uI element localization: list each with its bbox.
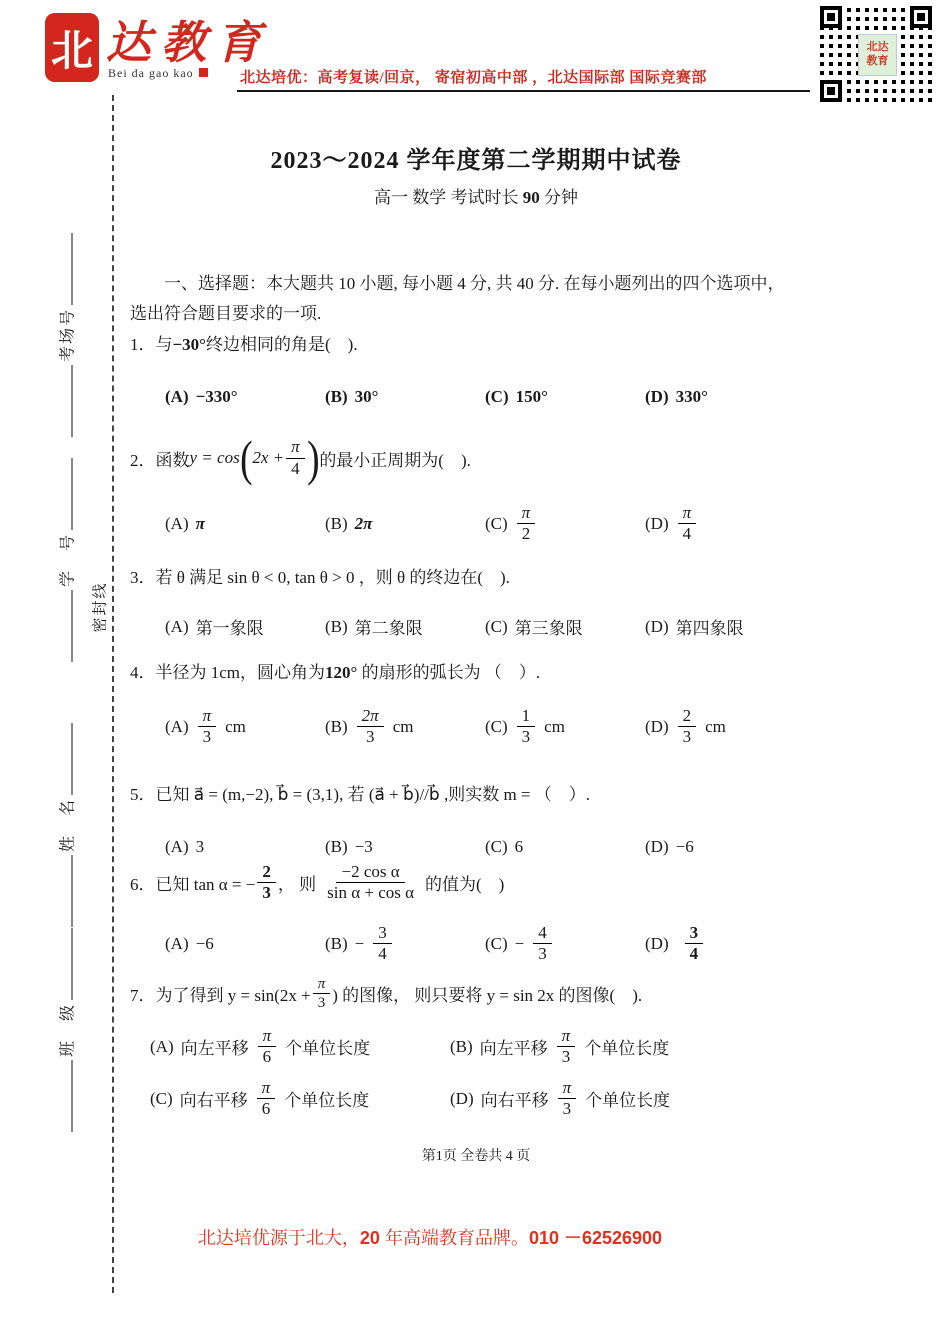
page-number: 第1页 全卷共 4 页 (130, 1145, 822, 1165)
q1-post: 终边相同的角是( ). (206, 335, 358, 354)
opt-text: 2π (355, 514, 373, 534)
blank-line (55, 928, 73, 1000)
opt-label: (A) (165, 514, 189, 534)
two-thirds-fraction: 23 (257, 862, 276, 904)
frac-num: π (198, 706, 217, 727)
option-7b: (B)向左平移π3个单位长度 (450, 1026, 750, 1068)
q1-angle: −30° (173, 335, 207, 354)
qr-label-line2: 教育 (867, 55, 889, 69)
subtitle-duration: 90 (523, 188, 540, 207)
opt-sign: − (355, 934, 365, 954)
option-5b: (B)−3 (325, 837, 485, 857)
question-6-options: (A)−6 (B)−34 (C)−43 (D)34 (130, 923, 822, 965)
option-2c: (C)π2 (485, 503, 645, 545)
opt-label: (B) (325, 387, 348, 407)
option-3a: (A)第一象限 (165, 614, 325, 639)
margin-field-class: 班 级 (55, 925, 78, 1135)
opt-label: (D) (645, 837, 669, 857)
frac-den: 3 (361, 727, 380, 747)
opt-text: 第二象限 (355, 614, 423, 639)
q7-pre: 7．为了得到 y = sin(2x + (130, 981, 311, 1006)
frac-num: π (257, 1078, 276, 1099)
opt-label: (C) (485, 387, 509, 407)
opt-text: 330° (676, 387, 708, 407)
option-6b: (B)−34 (325, 923, 485, 965)
opt-post: 个单位长度 (584, 1034, 669, 1059)
opt-pre: 向右平移 (481, 1086, 549, 1111)
frac-num: 2π (357, 706, 384, 727)
option-7c: (C)向右平移π6个单位长度 (150, 1078, 450, 1120)
opt-unit: cm (225, 717, 246, 737)
question-4-stem: 4．半径为 1cm，圆心角为120° 的扇形的弧长为 （ ）. (130, 661, 822, 686)
exam-paper-page: 北 达教育 Bei da gao kao 北达培优：高考复读/回京， 寄宿初高中… (0, 0, 945, 1323)
opt-unit: cm (393, 717, 414, 737)
opt-label: (B) (325, 837, 348, 857)
frac-den: 3 (517, 727, 536, 747)
opt-text: 第一象限 (196, 614, 264, 639)
option-6d: (D)34 (645, 923, 805, 965)
fraction: 43 (533, 923, 552, 965)
student-no-label: 学 号 (60, 533, 77, 587)
opt-unit: cm (705, 717, 726, 737)
q1-pre: 1．与 (130, 335, 173, 354)
blank-line (55, 1060, 73, 1132)
question-7-stem: 7．为了得到 y = sin(2x + π3 ) 的图像， 则只要将 y = s… (130, 975, 822, 1012)
opt-text: 150° (516, 387, 548, 407)
promo-mid: 年高端教育品牌。 (380, 1228, 529, 1248)
opt-text: −3 (355, 837, 373, 857)
opt-text: −6 (676, 837, 694, 857)
promo-pre: 北达培优源于北大， (198, 1228, 360, 1248)
frac-den: 4 (286, 459, 305, 479)
opt-label: (D) (645, 617, 669, 637)
opt-label: (B) (450, 1037, 473, 1057)
opt-label: (B) (325, 934, 348, 954)
question-7-options-row-2: (C)向右平移π6个单位长度 (D)向右平移π3个单位长度 (130, 1078, 822, 1120)
opt-post: 个单位长度 (285, 1034, 370, 1059)
q6-mid: ， 则 (278, 870, 316, 895)
opt-pre: 向左平移 (181, 1034, 249, 1059)
section-intro-line-1: 一、选择题：本大题共 10 小题, 每小题 4 分, 共 40 分. 在每小题列… (130, 269, 856, 294)
question-7-options-row-1: (A)向左平移π6个单位长度 (B)向左平移π3个单位长度 (130, 1026, 822, 1068)
expression-fraction: −2 cos αsin α + cos α (322, 862, 419, 904)
q6-pre: 6．已知 tan α = − (130, 870, 255, 895)
question-3-options: (A)第一象限 (B)第二象限 (C)第三象限 (D)第四象限 (130, 614, 822, 639)
frac-den: 3 (558, 1099, 577, 1119)
opt-pre: 向左平移 (480, 1034, 548, 1059)
option-7d: (D)向右平移π3个单位长度 (450, 1078, 750, 1120)
frac-den: 3 (533, 944, 552, 964)
q7-post: ) 的图像， 则只要将 y = sin 2x 的图像( ). (332, 981, 642, 1006)
header-tagline: 北达培优：高考复读/回京， 寄宿初高中部 ，北达国际部 国际竞赛部 (240, 66, 815, 87)
fraction: 2π3 (357, 706, 384, 748)
option-3b: (B)第二象限 (325, 614, 485, 639)
question-2-stem: 2．函数 y = cos ( 2x + π4 ) 的最小正周期为( ). (130, 437, 822, 480)
opt-text: π (196, 514, 205, 534)
blank-line (55, 458, 73, 530)
option-5a: (A)3 (165, 837, 325, 857)
q2-post: 的最小正周期为( ). (319, 446, 471, 471)
opt-label: (D) (645, 514, 669, 534)
brand-romanized-text: Bei da gao kao (108, 66, 194, 80)
q4-pre: 4．半径为 1cm，圆心角为 (130, 663, 325, 682)
fraction: π2 (517, 503, 536, 545)
option-4d: (D)23cm (645, 706, 805, 748)
opt-label: (D) (645, 387, 669, 407)
opt-unit: cm (544, 717, 565, 737)
frac-num: π (258, 1026, 277, 1047)
frac-num: π (517, 503, 536, 524)
question-3-stem: 3．若 θ 满足 sin θ < 0, tan θ > 0 ，则 θ 的终边在(… (130, 566, 822, 591)
opt-text: 30° (355, 387, 379, 407)
opt-post: 个单位长度 (284, 1086, 369, 1111)
name-label: 姓 名 (60, 798, 77, 852)
opt-label: (A) (165, 617, 189, 637)
opt-text: 第四象限 (676, 614, 744, 639)
frac-num: π (313, 975, 331, 994)
q4-angle: 120° (325, 663, 357, 682)
question-1-stem: 1．与−30°终边相同的角是( ). (130, 333, 822, 358)
frac-den: 3 (313, 994, 331, 1012)
opt-text: 6 (515, 837, 524, 857)
frac-den: 3 (257, 883, 276, 903)
option-4a: (A)π3cm (165, 706, 325, 748)
fraction: π6 (258, 1026, 277, 1068)
margin-field-name: 姓 名 (55, 720, 78, 930)
frac-num: 3 (685, 923, 704, 944)
option-4c: (C)13cm (485, 706, 645, 748)
blank-line (55, 233, 73, 305)
fraction: 23 (678, 706, 697, 748)
question-6-stem: 6．已知 tan α = − 23 ， 则 −2 cos αsin α + co… (130, 862, 822, 904)
opt-label: (A) (165, 934, 189, 954)
fraction: π3 (198, 706, 217, 748)
question-2-options: (A)π (B)2π (C)π2 (D)π4 (130, 503, 822, 545)
seal-dashed-line (112, 95, 114, 1293)
opt-label: (A) (165, 717, 189, 737)
open-paren: ( (240, 437, 252, 480)
opt-label: (C) (485, 717, 508, 737)
q4-post: 的扇形的弧长为 （ ）. (357, 663, 540, 682)
opt-post: 个单位长度 (585, 1086, 670, 1111)
frac-den: 4 (373, 944, 392, 964)
option-6c: (C)−43 (485, 923, 645, 965)
qr-finder-top-right (910, 6, 932, 28)
red-square-icon (199, 68, 208, 77)
qr-finder-top-left (820, 6, 842, 28)
section-intro-line-2: 选出符合题目要求的一项. (130, 299, 822, 324)
fraction: π3 (558, 1078, 577, 1120)
frac-num: π (558, 1078, 577, 1099)
qr-center-label: 北达 教育 (858, 34, 897, 76)
option-7a: (A)向左平移π6个单位长度 (150, 1026, 450, 1068)
header-divider-line (237, 90, 810, 92)
pi-over-4-fraction: π4 (286, 437, 305, 479)
fraction: π6 (257, 1078, 276, 1120)
qr-code: 北达 教育 (820, 6, 932, 102)
frac-num: π (286, 437, 305, 458)
opt-label: (C) (485, 514, 508, 534)
promo-footer: 北达培优源于北大，20 年高端教育品牌。010 －62526900 (85, 1224, 775, 1250)
exam-title: 2023～2024 学年度第二学期期中试卷 (130, 140, 822, 175)
frac-den: 3 (557, 1047, 576, 1067)
exam-subtitle: 高一 数学 考试时长 90 分钟 (130, 183, 822, 208)
option-5d: (D)−6 (645, 837, 805, 857)
q2-arg: 2x + (252, 448, 284, 468)
q2-function: y = cos (190, 448, 240, 468)
option-1d: (D)330° (645, 387, 805, 407)
opt-text: −330° (196, 387, 238, 407)
promo-years: 20 (360, 1228, 380, 1248)
option-4b: (B)2π3cm (325, 706, 485, 748)
opt-label: (C) (485, 617, 508, 637)
frac-den: 6 (257, 1099, 276, 1119)
brand-seal-logo: 北 (45, 13, 99, 82)
option-1b: (B)30° (325, 387, 485, 407)
opt-label: (D) (450, 1089, 474, 1109)
opt-text: 3 (196, 837, 205, 857)
frac-num: −2 cos α (336, 862, 404, 883)
opt-sign: − (515, 934, 525, 954)
frac-num: 4 (533, 923, 552, 944)
opt-label: (C) (485, 934, 508, 954)
opt-text: 第三象限 (515, 614, 583, 639)
question-1-options: (A)−330° (B)30° (C)150° (D)330° (130, 387, 822, 407)
option-1c: (C)150° (485, 387, 645, 407)
option-3c: (C)第三象限 (485, 614, 645, 639)
opt-label: (A) (165, 837, 189, 857)
blank-line (55, 723, 73, 795)
opt-label: (C) (485, 837, 508, 857)
opt-text: −6 (196, 934, 214, 954)
frac-num: 3 (373, 923, 392, 944)
fraction: π3 (557, 1026, 576, 1068)
option-2d: (D)π4 (645, 503, 805, 545)
frac-num: 2 (678, 706, 697, 727)
option-2a: (A)π (165, 514, 325, 534)
frac-den: sin α + cos α (322, 883, 419, 903)
opt-label: (A) (165, 387, 189, 407)
frac-den: 3 (198, 727, 217, 747)
fraction: π4 (678, 503, 697, 545)
frac-num: 2 (257, 862, 276, 883)
frac-num: 1 (517, 706, 536, 727)
frac-den: 2 (517, 524, 536, 544)
exam-room-label: 考场号 (60, 308, 77, 362)
question-5-options: (A)3 (B)−3 (C)6 (D)−6 (130, 837, 822, 857)
subtitle-post: 分钟 (540, 188, 578, 207)
margin-field-exam-room: 考场号 (55, 230, 78, 440)
frac-den: 6 (258, 1047, 277, 1067)
fraction: 34 (685, 923, 704, 965)
opt-label: (D) (645, 717, 669, 737)
blank-line (55, 365, 73, 437)
fraction: 34 (373, 923, 392, 965)
opt-pre: 向右平移 (180, 1086, 248, 1111)
q2-pre: 2．函数 (130, 446, 190, 471)
option-1a: (A)−330° (165, 387, 325, 407)
brand-script-logo: 达教育 (106, 6, 271, 71)
opt-label: (B) (325, 617, 348, 637)
q6-post: 的值为( ) (425, 870, 504, 895)
option-6a: (A)−6 (165, 934, 325, 954)
frac-num: π (678, 503, 697, 524)
option-3d: (D)第四象限 (645, 614, 805, 639)
opt-label: (B) (325, 717, 348, 737)
fraction: 13 (517, 706, 536, 748)
blank-line (55, 855, 73, 927)
promo-phone: 010 －62526900 (529, 1228, 662, 1248)
opt-label: (C) (150, 1089, 173, 1109)
question-5-stem: 5．已知 a⃗ = (m,−2), b⃗ = (3,1), 若 (a⃗ + b⃗… (130, 783, 822, 808)
qr-label-line1: 北达 (867, 41, 889, 55)
qr-finder-bottom-left (820, 80, 842, 102)
seal-character: 北 (51, 18, 93, 78)
opt-label: (D) (645, 934, 669, 954)
pi-over-3-fraction: π3 (313, 975, 331, 1012)
frac-num: π (557, 1026, 576, 1047)
brand-romanized: Bei da gao kao (108, 66, 208, 81)
opt-label: (B) (325, 514, 348, 534)
option-5c: (C)6 (485, 837, 645, 857)
frac-den: 4 (685, 944, 704, 964)
seal-line-label: 密封线 (89, 581, 110, 632)
frac-den: 3 (678, 727, 697, 747)
margin-field-student-no: 学 号 (55, 455, 78, 665)
option-2b: (B)2π (325, 514, 485, 534)
frac-den: 4 (678, 524, 697, 544)
blank-line (55, 590, 73, 662)
class-label: 班 级 (60, 1003, 77, 1057)
opt-label: (A) (150, 1037, 174, 1057)
question-4-options: (A)π3cm (B)2π3cm (C)13cm (D)23cm (130, 706, 822, 748)
subtitle-pre: 高一 数学 考试时长 (374, 188, 523, 207)
close-paren: ) (307, 437, 319, 480)
